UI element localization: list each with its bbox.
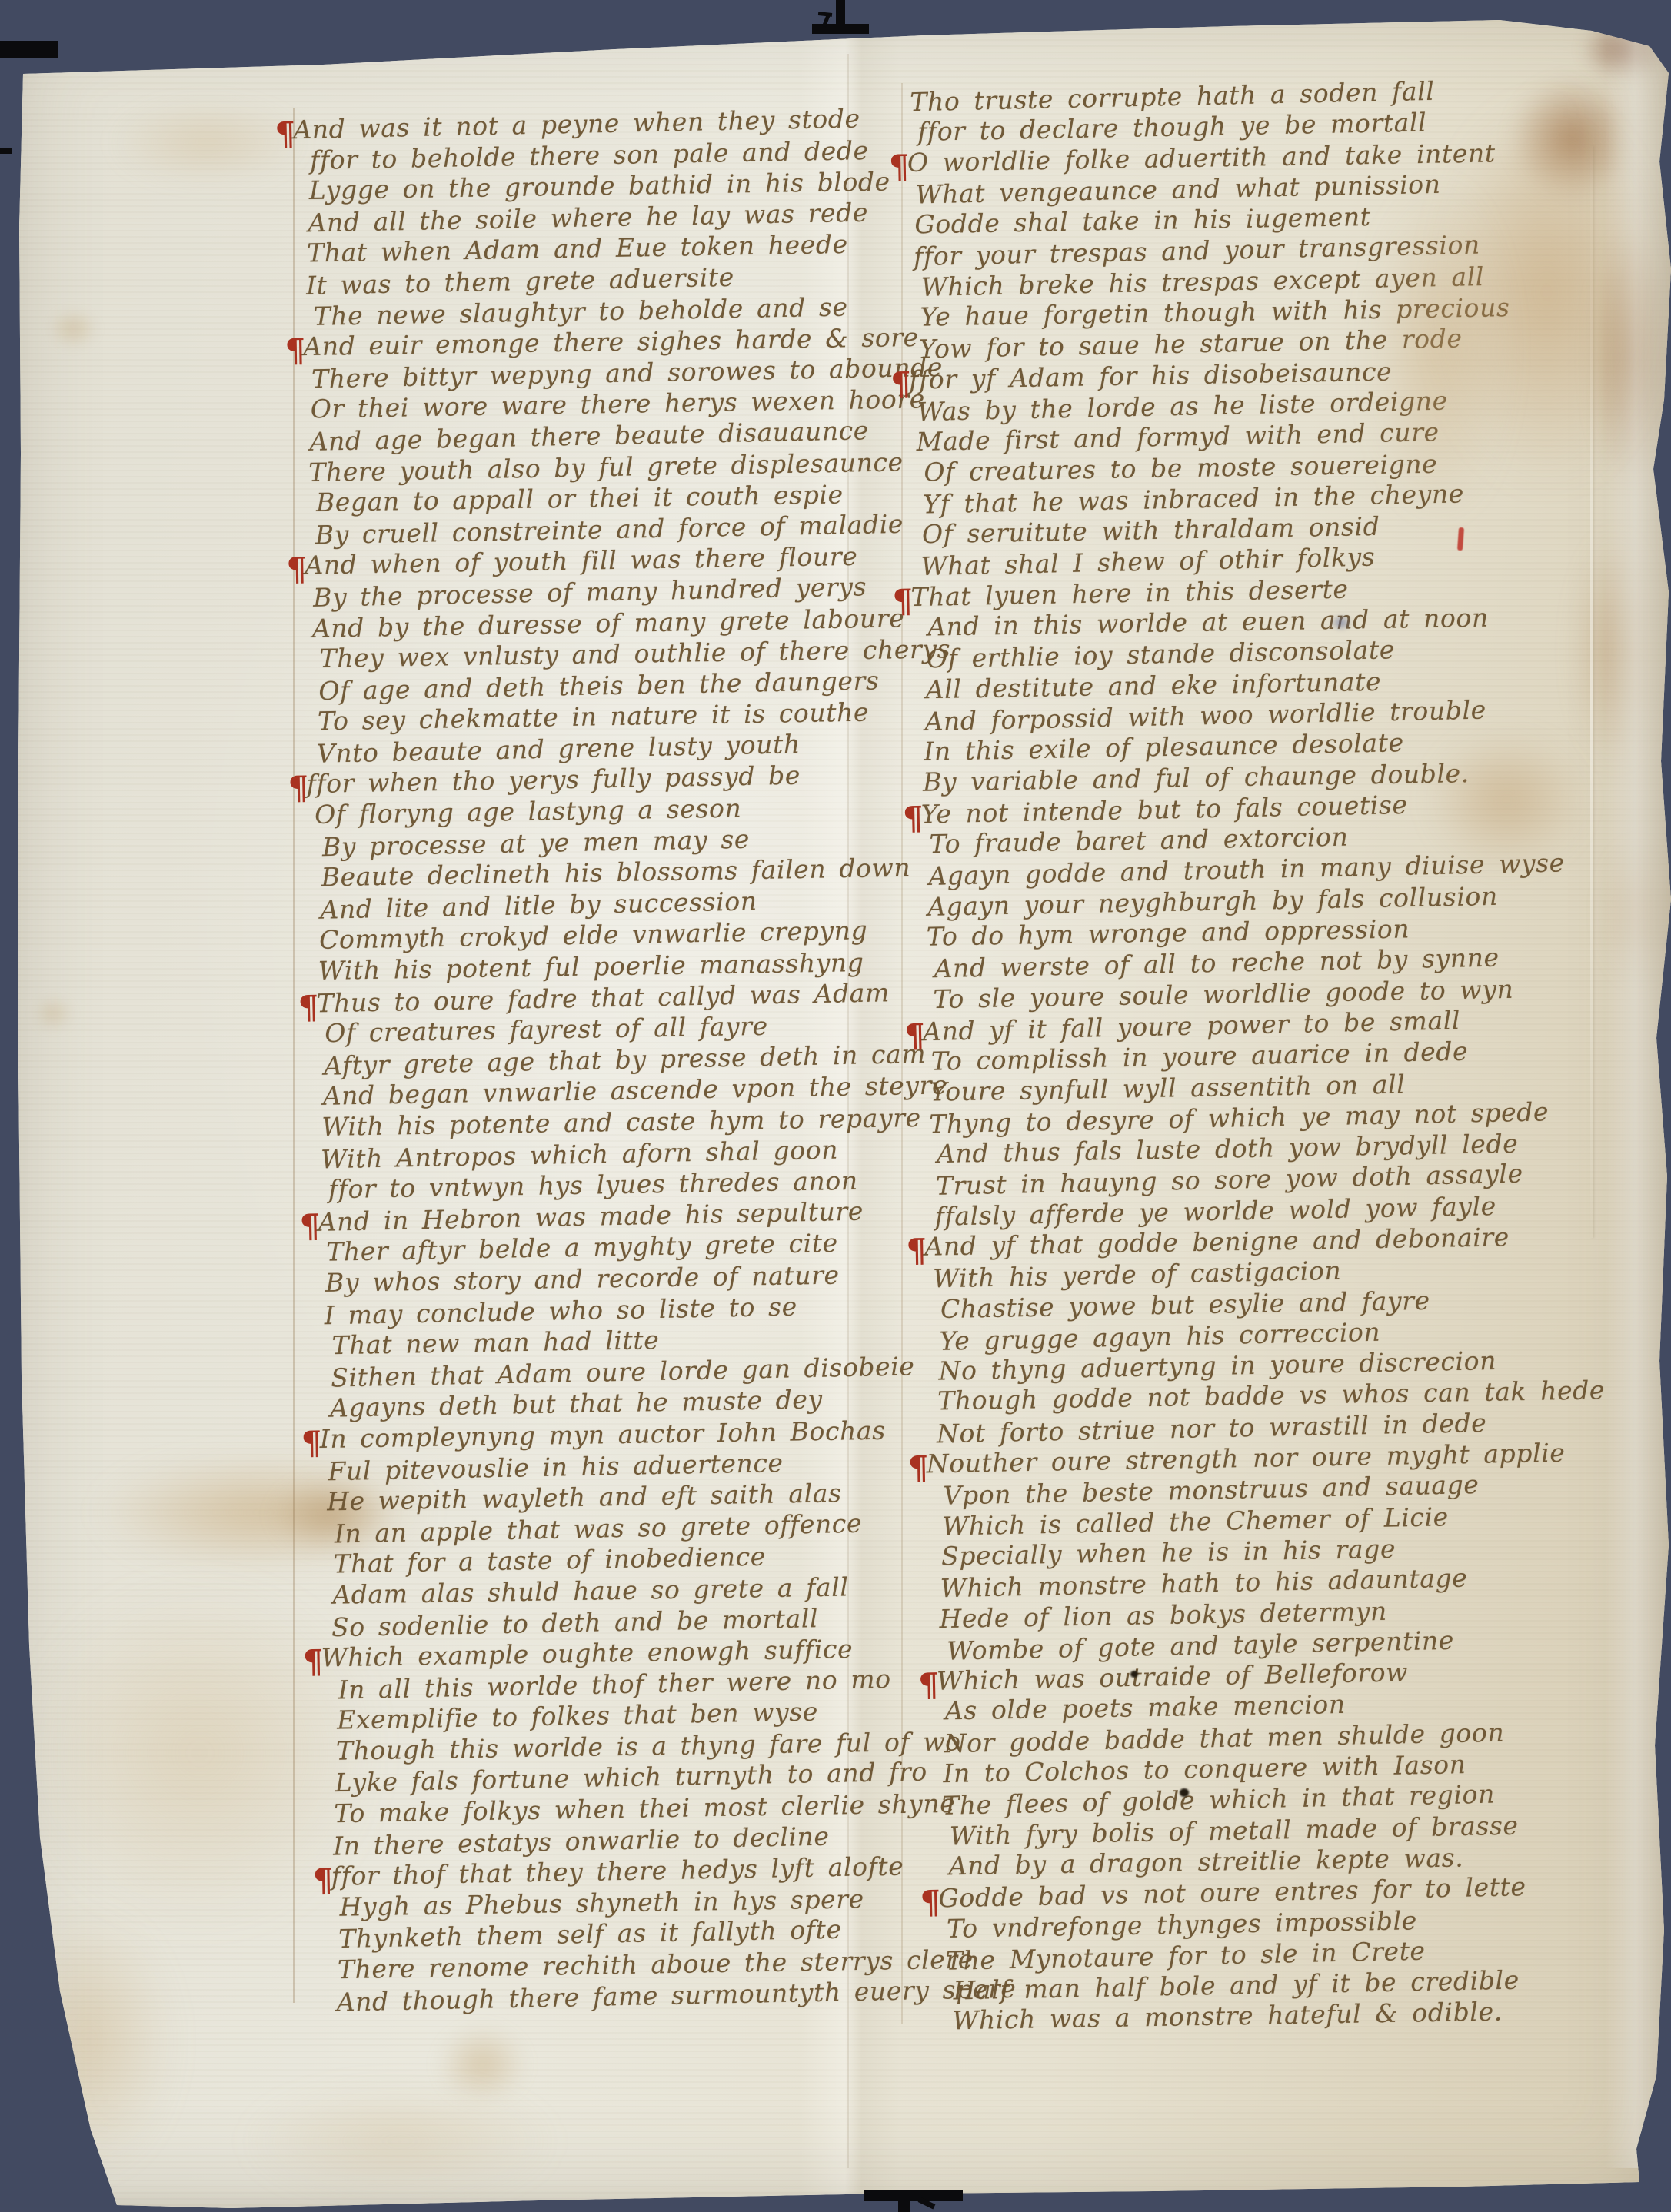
verse-line-text: As olde poets make mencion: [945, 1689, 1346, 1726]
ink-speck-2: [1180, 1788, 1189, 1797]
manuscript-page: ¶And was it not a peyne when they stodef…: [0, 0, 1671, 2212]
registration-mark-left-tick: [0, 148, 12, 154]
ink-speck-1: [1130, 1671, 1138, 1678]
text-column-left: ¶And was it not a peyne when they stodef…: [306, 104, 909, 2017]
registration-mark-bottom-vertical: [898, 2190, 910, 2212]
stain-top-right-wash-inner: [1350, 131, 1527, 569]
stain-left-margin-spot-2: [28, 992, 78, 1035]
stain-mid-right-blob: [1403, 712, 1610, 889]
ink-blot-blue: [1327, 612, 1355, 634]
registration-mark-top-center-horizontal: [812, 24, 869, 34]
left-column-ruling-line: [293, 108, 295, 2003]
registration-mark-bottom-horizontal: [864, 2190, 963, 2201]
pilcrow-mark: ¶: [904, 1036, 923, 1036]
verse-line-text: That new man had litte: [331, 1325, 659, 1360]
stain-bottom-wash: [200, 2068, 600, 2212]
verse-line-text: Of floryng age lastyng a seson: [315, 793, 742, 830]
registration-mark-top-left-bar: [0, 41, 58, 58]
stain-left-margin-spot-1: [42, 304, 104, 354]
manuscript-photograph: ¶And was it not a peyne when they stodef…: [0, 0, 1671, 2212]
